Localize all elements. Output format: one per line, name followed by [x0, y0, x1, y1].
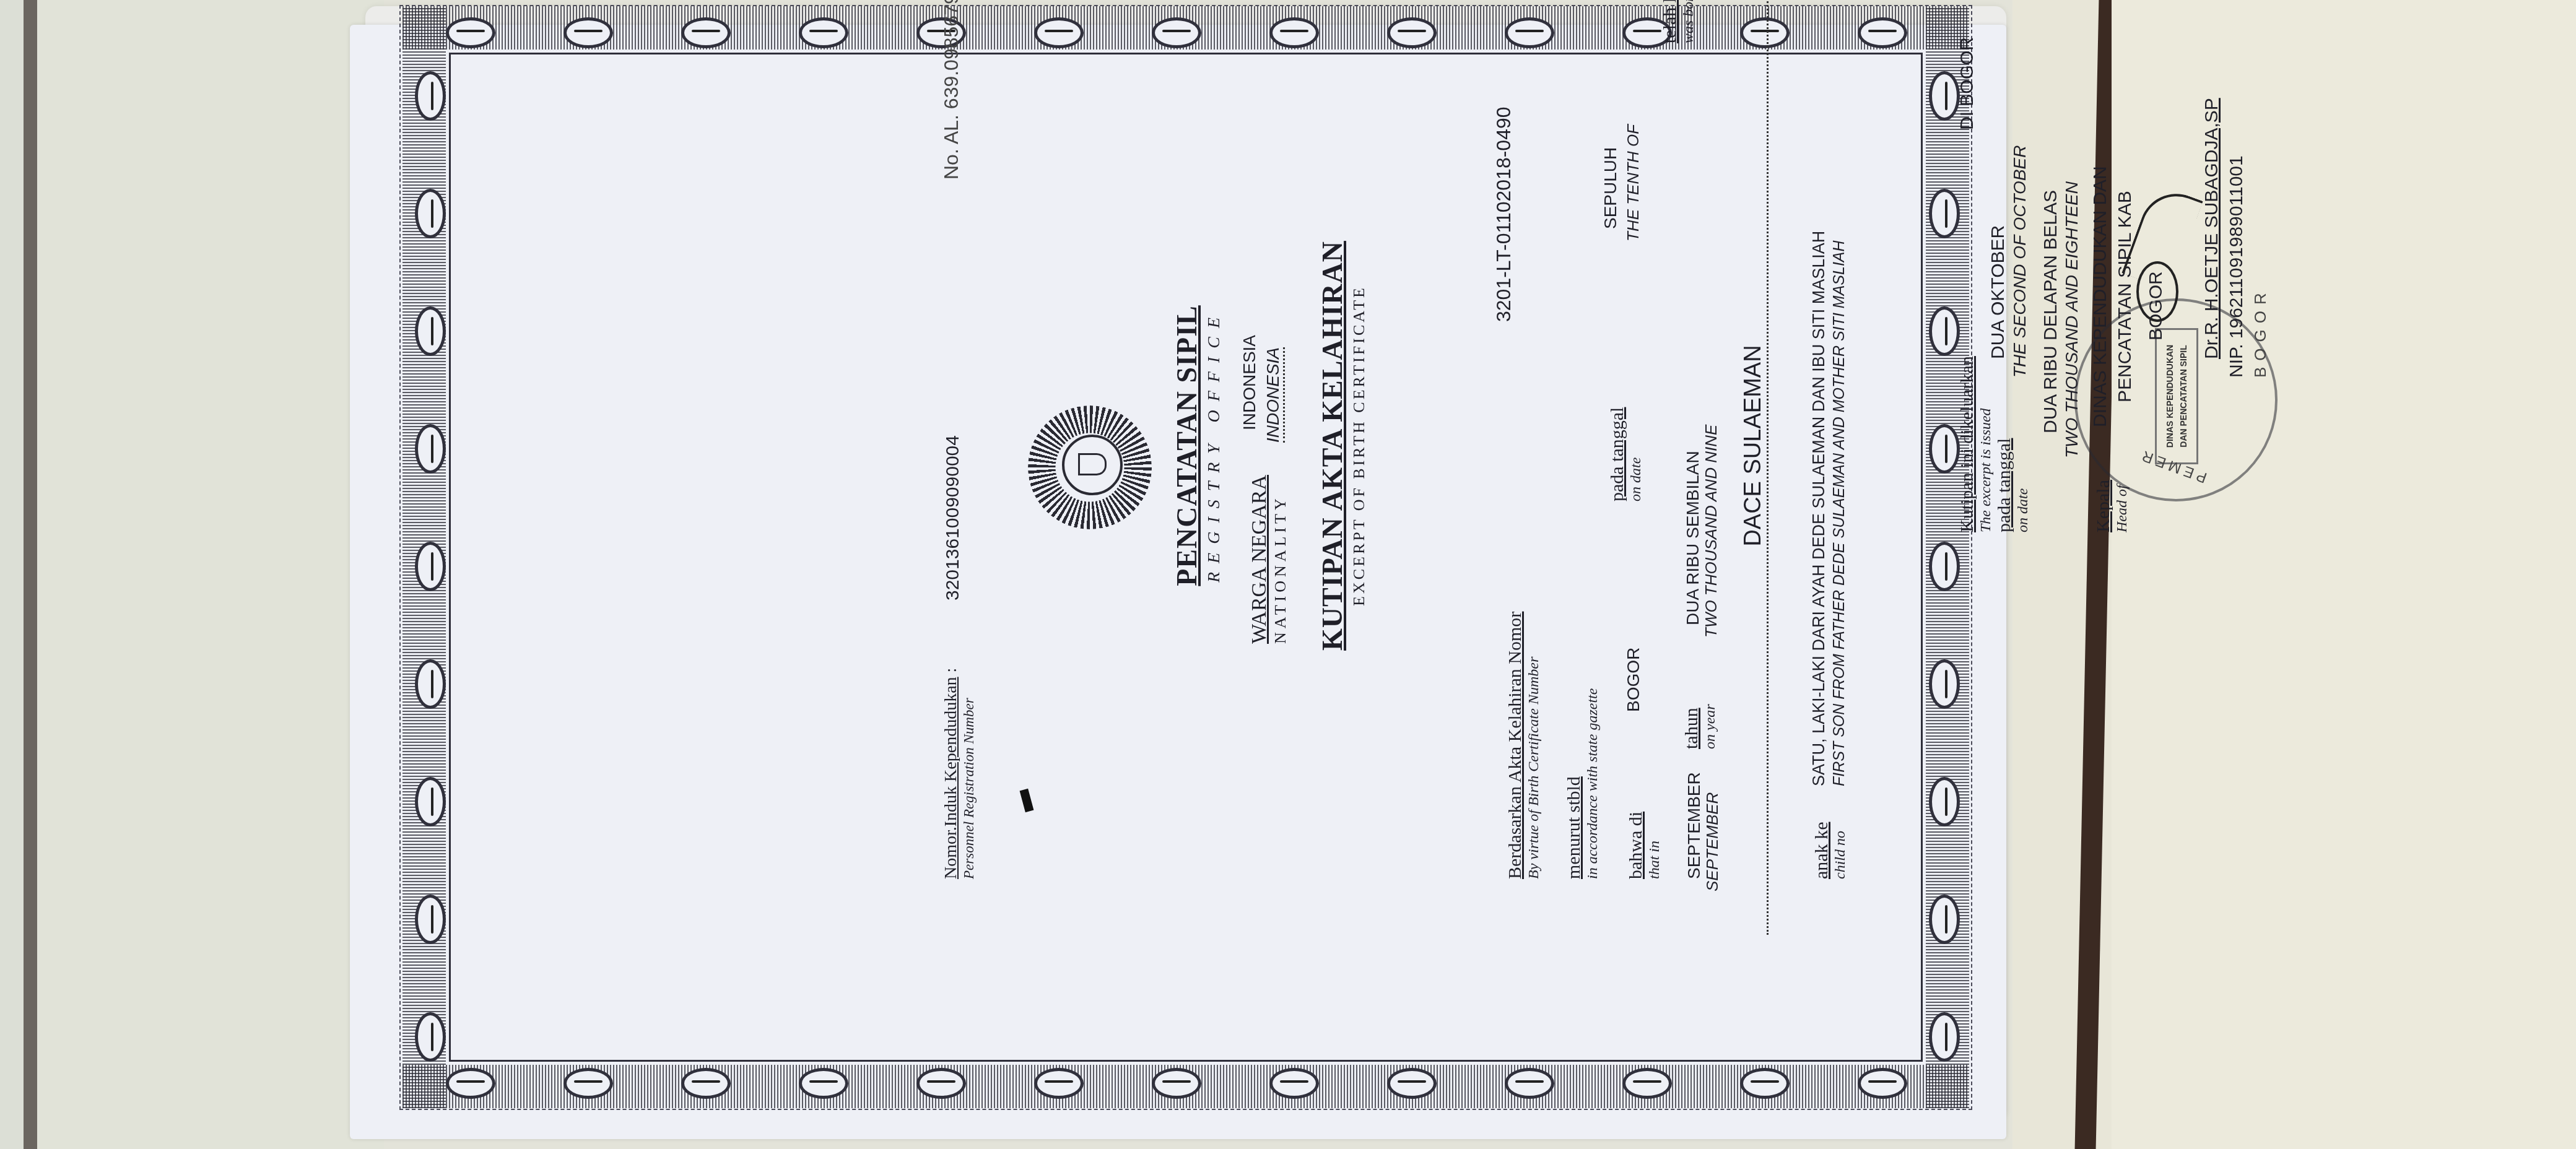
border-ornament [1740, 1068, 1790, 1099]
head-of-label-id: Kepala [2093, 480, 2113, 532]
stbld-label: menurut stbld in accordance with state g… [1564, 0, 1601, 879]
border-ornament [415, 189, 446, 238]
stamp-box: DINAS KEPENDUDUKAN DAN PENCATATAN SIPIL [2155, 328, 2198, 464]
birthdate-label-id: pada tanggal [1607, 407, 1627, 501]
nik-label-id: Nomor.Induk Kependudukan [941, 677, 960, 879]
nationality-value: INDONESIA [1240, 335, 1260, 430]
birthplace-value: BOGOR [1624, 648, 1643, 712]
birthdate-day: SEPULUH [1601, 147, 1621, 229]
birthplace-label-id: bahwa di [1625, 812, 1646, 879]
born-label-en: was born [1681, 0, 1697, 43]
border-ornament [415, 71, 446, 121]
border-ornament [1929, 1012, 1960, 1062]
border-ornament [799, 17, 848, 48]
certificate-title: KUTIPAN AKTA KELAHIRAN EXCERPT OF BIRTH … [1316, 0, 1368, 935]
issued-year: DUA RIBU DELAPAN BELAS [2040, 190, 2061, 433]
tile-grout [24, 0, 37, 1149]
border-ornament [1034, 1068, 1084, 1099]
emblem-shield-icon [1062, 435, 1123, 495]
office-line-2: PENCATATAN SIPIL KAB [2115, 191, 2136, 402]
issued-date-label-en: on date [2015, 438, 2032, 532]
border-ornament [681, 17, 731, 48]
nationality-label-en: NATIONALITY [1271, 475, 1290, 644]
nationality-label: WARGA NEGARA NATIONALITY [1248, 475, 1290, 644]
cert-number-value: 3201-LT-01102018-0490 [1492, 106, 1515, 322]
cert-number-label-en: By virtue of Birth Certificate Number [1526, 0, 1543, 879]
birthplace-label-en: that in [1647, 0, 1663, 879]
birth-year-label: tahun on year [1681, 704, 1719, 749]
issued-label-id: Kutipan ini dikeluarkan [1957, 356, 1977, 532]
child-order-label: anak ke child no [1811, 822, 1849, 879]
child-parents-en: FIRST SON FROM FATHER DEDE SULAEMAN AND … [1830, 240, 1848, 786]
nationality-label-id: WARGA NEGARA [1248, 475, 1271, 644]
border-ornament [415, 306, 446, 356]
born-label: telah lahir : was born [1660, 0, 1697, 43]
issued-date-label-id: pada tanggal [1994, 438, 2014, 532]
head-of-label-en: Head of [2114, 480, 2131, 532]
stbld-label-en: in accordance with state gazette [1585, 0, 1601, 879]
birthdate-label: pada tanggal on date [1607, 407, 1645, 501]
certificate-title-id: KUTIPAN AKTA KELAHIRAN [1316, 0, 1349, 935]
stamp-box-line1: DINAS KEPENDUDUKAN [2163, 330, 2177, 462]
border-ornament [799, 1068, 848, 1099]
border-ornament [916, 1068, 966, 1099]
border-ornament [1505, 1068, 1554, 1099]
serial-number: No. AL. 639.0985679 [940, 0, 963, 180]
border-ornament [1387, 1068, 1437, 1099]
border-ornament [1269, 1068, 1319, 1099]
border-ornament [415, 1012, 446, 1062]
birth-year: DUA RIBU SEMBILAN [1683, 451, 1703, 625]
border-ornament [415, 424, 446, 474]
stamp-box-line2: DAN PENCATATAN SIPIL [2177, 330, 2190, 462]
head-of-label: Kepala Head of [2093, 480, 2131, 532]
office-line-1: DINAS KEPENDUDUKAN DAN [2090, 166, 2111, 427]
border-ornament [446, 1068, 495, 1099]
certificate-title-en: EXCERPT OF BIRTH CERTIFICATE [1350, 0, 1368, 935]
nationality-value-en: INDONESIA [1263, 347, 1285, 443]
child-name: DACE SULAEMAN [1740, 0, 1769, 935]
birth-month-en: SEPTEMBER [1703, 792, 1722, 891]
border-ornament [563, 17, 613, 48]
office-title-en: REGISTRY OFFICE [1204, 0, 1224, 935]
ink-mark [1020, 789, 1034, 812]
birthdate-label-en: on date [1628, 407, 1645, 501]
background-tile [37, 0, 384, 1149]
issued-place: DI BOGOR [1957, 37, 1978, 130]
signatory-nip: NIP. 196211091989011001 [2226, 155, 2247, 378]
border-ornament [415, 895, 446, 944]
border-ornament [415, 542, 446, 591]
border-ornament [563, 1068, 613, 1099]
border-ornament [681, 1068, 731, 1099]
border-ornament [446, 17, 495, 48]
child-order-label-en: child no [1832, 822, 1849, 879]
birth-year-label-en: on year [1702, 704, 1719, 749]
office-title: PENCATATAN SIPIL [1170, 0, 1203, 935]
birthdate-day-en: THE TENTH OF [1624, 124, 1643, 241]
issued-date-en: THE SECOND OF OCTOBER [2010, 145, 2030, 378]
border-ornament [1622, 1068, 1672, 1099]
cert-number-label-id: Berdasarkan Akta Kelahiran Nomor [1505, 612, 1525, 879]
office-heading: PENCATATAN SIPIL REGISTRY OFFICE [1170, 0, 1224, 935]
child-parents: SATU, LAKI-LAKI DARI AYAH DEDE SULAEMAN … [1809, 231, 1829, 786]
birth-year-en: TWO THOUSAND AND NINE [1702, 425, 1721, 638]
stbld-label-id: menurut stbld [1564, 776, 1584, 879]
child-order-label-id: anak ke [1811, 822, 1832, 879]
issued-date-label: pada tanggal on date [1994, 438, 2032, 532]
birth-month: SEPTEMBER [1684, 772, 1704, 879]
stamp-ring-text: BOGOR [2251, 287, 2270, 378]
border-ornament [415, 659, 446, 709]
border-ornament [1858, 1068, 1907, 1099]
born-label-id: telah lahir [1660, 0, 1680, 43]
birth-year-label-id: tahun [1681, 708, 1702, 749]
nik-value: 3201361009090004 [942, 435, 964, 601]
certificate-content: Nomor.Induk Kependudukan : Personnel Reg… [861, 0, 2285, 935]
signatory-name: Dr.R. H.OETJE SUBAGDJA,SP [2201, 98, 2222, 359]
border-ornament [1152, 1068, 1201, 1099]
border-ornament [415, 777, 446, 826]
issued-date: DUA OKTOBER [1988, 225, 2009, 359]
